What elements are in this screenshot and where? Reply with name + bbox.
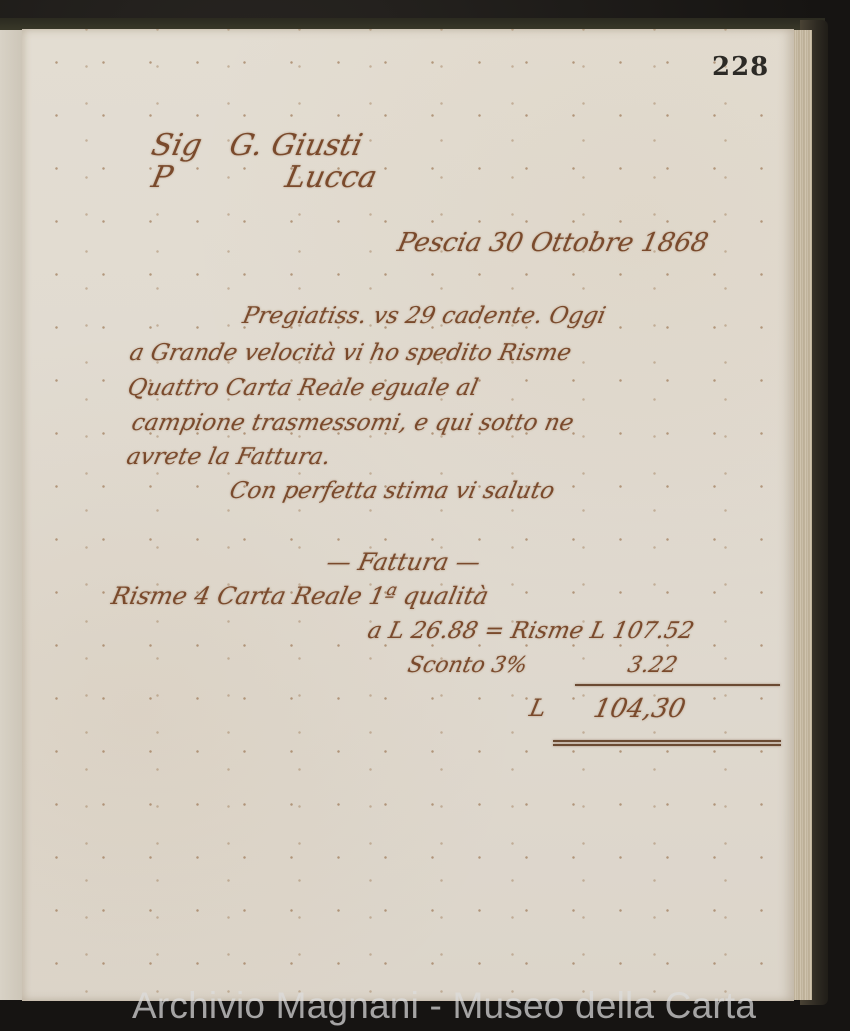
- page-stack-edge: [792, 30, 812, 1000]
- body-line-3: Quattro Carta Reale eguale al: [125, 375, 480, 401]
- invoice-discount-amount: 3.22: [625, 653, 679, 678]
- recipient-city: Lucca: [282, 160, 380, 195]
- total-double-rule-bottom: [553, 744, 781, 746]
- left-page-edge: [0, 30, 24, 1000]
- invoice-discount-label: Sconto 3%: [405, 653, 529, 678]
- body-line-5: avrete la Fattura.: [124, 444, 333, 470]
- invoice-total-value: 104,30: [591, 694, 688, 724]
- archive-watermark: Archivio Magnani - Museo della Carta: [132, 985, 756, 1027]
- body-line-1: Pregiatiss. vs 29 cadente. Oggi: [240, 303, 608, 329]
- body-line-2: a Grande velocità vi ho spedito Risme: [127, 340, 574, 366]
- invoice-item-line: Risme 4 Carta Reale 1ª qualità: [109, 582, 491, 610]
- page-number: 228: [712, 52, 769, 82]
- address-line-recipient: Sig G. Giusti: [148, 128, 365, 163]
- address-line-city: P Lucca: [148, 160, 380, 195]
- recipient-name: G. Giusti: [226, 128, 365, 163]
- invoice-title: — Fattura —: [324, 548, 483, 576]
- invoice-price-line: a L 26.88 = Risme L 107.52: [365, 618, 696, 644]
- salutation: Sig: [148, 128, 205, 163]
- subtotal-rule: [575, 684, 780, 686]
- closing-line: Con perfetta stima vi saluto: [227, 478, 557, 504]
- total-double-rule-top: [553, 740, 781, 742]
- paper-foxing: [22, 29, 794, 1001]
- date-line: Pescia 30 Ottobre 1868: [395, 228, 711, 258]
- body-line-4: campione trasmessomi, e qui sotto ne: [129, 410, 576, 436]
- letter-page: [22, 29, 794, 1001]
